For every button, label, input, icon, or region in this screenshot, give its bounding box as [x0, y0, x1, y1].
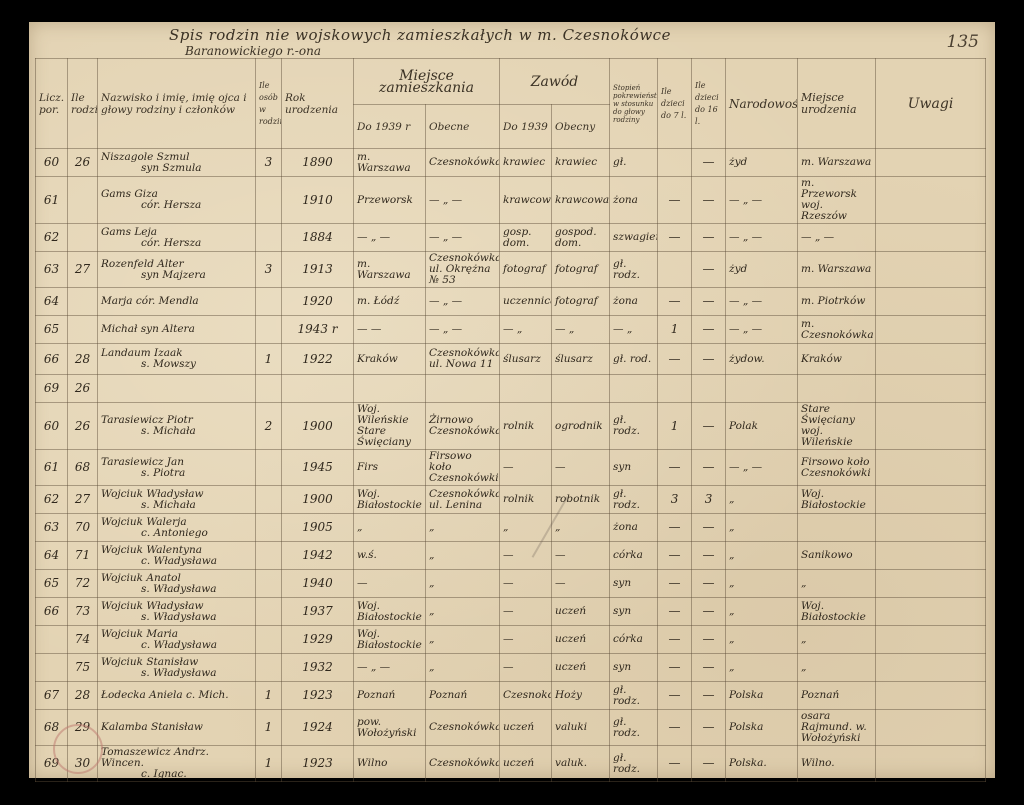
cell-name: Łodecka Aniela c. Mich. [98, 682, 256, 710]
person-parent: s. Władysława [101, 668, 252, 679]
table-row: 6572Wojciuk Anatols. Władysława1940—„——s… [36, 570, 986, 598]
cell-birth: Wilno. [798, 746, 876, 782]
cell-res-now: Czesnokówka ul. Lenina [426, 486, 500, 514]
cell-name: Rozenfeld Altersyn Majzera [98, 252, 256, 288]
cell-nat: — „ — [726, 177, 798, 224]
cell-res-now: Poznań [426, 682, 500, 710]
cell-c7: — [658, 626, 692, 654]
cell-year: 1913 [282, 252, 354, 288]
cell-nat: „ [726, 514, 798, 542]
cell-remarks [876, 149, 986, 177]
cell-lp: 64 [36, 542, 68, 570]
cell-remarks [876, 177, 986, 224]
cell-nat: „ [726, 486, 798, 514]
cell-occ-before: — [500, 570, 552, 598]
cell-nat: — „ — [726, 224, 798, 252]
cell-year [282, 375, 354, 403]
cell-nat: — „ — [726, 288, 798, 316]
person-name: Łodecka Aniela c. Mich. [101, 690, 252, 701]
cell-nat: Polska [726, 710, 798, 746]
person-name: Rozenfeld Alter [101, 259, 252, 270]
cell-year: 1920 [282, 288, 354, 316]
cell-res-before: Woj. Wileńskie Stare Święciany [354, 403, 426, 450]
cell-remarks [876, 570, 986, 598]
person-name: Wojciuk Walerja [101, 517, 252, 528]
cell-persons [256, 514, 282, 542]
cell-name: Marja cór. Mendla [98, 288, 256, 316]
col-relation: Stopień pokrewieństwa w stosunku do głow… [610, 59, 658, 149]
cell-birth [798, 514, 876, 542]
cell-nat: żyd [726, 149, 798, 177]
cell-occ-before: rolnik [500, 486, 552, 514]
cell-lp: 61 [36, 177, 68, 224]
cell-res-before: Woj. Białostockie [354, 486, 426, 514]
cell-birth: „ [798, 570, 876, 598]
cell-name: Niszagole Szmulsyn Szmula [98, 149, 256, 177]
cell-res-now [426, 375, 500, 403]
cell-name: Kalamba Stanisław [98, 710, 256, 746]
cell-name: Gams Lejacór. Hersza [98, 224, 256, 252]
table-row: 6673Wojciuk Władysławs. Władysława1937Wo… [36, 598, 986, 626]
cell-rel: syn [610, 450, 658, 486]
cell-fam: 74 [68, 626, 98, 654]
cell-c16 [692, 375, 726, 403]
person-parent: s. Władysława [101, 612, 252, 623]
cell-nat: — „ — [726, 316, 798, 344]
cell-c7: — [658, 746, 692, 782]
person-name: Marja cór. Mendla [101, 296, 252, 307]
cell-occ-now: fotograf [552, 252, 610, 288]
cell-res-now: — „ — [426, 316, 500, 344]
cell-res-before: — „ — [354, 654, 426, 682]
cell-rel: szwagierka [610, 224, 658, 252]
cell-c16: — [692, 403, 726, 450]
table-row: 6168Tarasiewicz Jans. Piotra1945FirsFirs… [36, 450, 986, 486]
person-parent: syn Szmula [101, 163, 252, 174]
cell-persons: 2 [256, 403, 282, 450]
cell-birth: osara Rajmund. w. Wołożyński [798, 710, 876, 746]
cell-c7: 1 [658, 316, 692, 344]
col-occupation-current: Obecny [552, 105, 610, 149]
cell-persons [256, 316, 282, 344]
cell-fam [68, 316, 98, 344]
cell-rel: syn [610, 654, 658, 682]
cell-lp [36, 654, 68, 682]
person-name: Michał syn Altera [101, 324, 252, 335]
cell-name: Tarasiewicz Jans. Piotra [98, 450, 256, 486]
cell-c7: — [658, 514, 692, 542]
cell-remarks [876, 403, 986, 450]
cell-res-now: — „ — [426, 177, 500, 224]
cell-occ-before: uczeń [500, 746, 552, 782]
document-title: Spis rodzin nie wojskowych zamieszkałych… [169, 26, 671, 44]
col-residence: Miejsce zamieszkania [354, 59, 500, 105]
cell-res-before: Woj. Białostockie [354, 626, 426, 654]
cell-persons [256, 177, 282, 224]
cell-occ-now: — [552, 450, 610, 486]
cell-res-before: „ [354, 514, 426, 542]
cell-rel: gł. [610, 149, 658, 177]
cell-res-before: w.ś. [354, 542, 426, 570]
cell-c7: 1 [658, 403, 692, 450]
cell-nat: Polska. [726, 746, 798, 782]
cell-year: 1945 [282, 450, 354, 486]
person-name: Wojciuk Władysław [101, 489, 252, 500]
col-persons: Ile osób w rodzinie [256, 59, 282, 149]
cell-persons [256, 486, 282, 514]
cell-birth: Stare Święciany woj. Wileńskie [798, 403, 876, 450]
cell-remarks [876, 252, 986, 288]
cell-year: 1940 [282, 570, 354, 598]
person-parent: cór. Hersza [101, 238, 252, 249]
cell-occ-now: — [552, 570, 610, 598]
cell-res-before [354, 375, 426, 403]
cell-lp: 63 [36, 252, 68, 288]
cell-res-before: Woj. Białostockie [354, 598, 426, 626]
cell-remarks [876, 598, 986, 626]
cell-name: Wojciuk Walerjac. Antoniego [98, 514, 256, 542]
cell-occ-before: uczennica [500, 288, 552, 316]
cell-persons [256, 598, 282, 626]
cell-year: 1890 [282, 149, 354, 177]
cell-occ-now: — „ [552, 316, 610, 344]
cell-birth: m. Warszawa [798, 149, 876, 177]
cell-occ-before: — [500, 598, 552, 626]
cell-birth: m. Warszawa [798, 252, 876, 288]
cell-rel: syn [610, 598, 658, 626]
cell-remarks [876, 375, 986, 403]
cell-year: 1900 [282, 486, 354, 514]
cell-c16: — [692, 570, 726, 598]
person-parent: s. Michała [101, 500, 252, 511]
cell-c16: — [692, 682, 726, 710]
page-number: 135 [947, 32, 979, 52]
cell-res-now: „ [426, 654, 500, 682]
table-row: 75Wojciuk Stanisławs. Władysława1932— „ … [36, 654, 986, 682]
cell-persons [256, 570, 282, 598]
cell-name: Michał syn Altera [98, 316, 256, 344]
cell-occ-now: gospod. dom. [552, 224, 610, 252]
cell-name: Gams Gizacór. Hersza [98, 177, 256, 224]
col-children-16: Ile dzieci do 16 l. [692, 59, 726, 149]
cell-occ-now: uczeń [552, 654, 610, 682]
cell-rel: żona [610, 288, 658, 316]
cell-c7: — [658, 288, 692, 316]
table-row: 62Gams Lejacór. Hersza1884— „ —— „ —gosp… [36, 224, 986, 252]
person-name: Niszagole Szmul [101, 152, 252, 163]
cell-c16: — [692, 252, 726, 288]
cell-c16: — [692, 654, 726, 682]
cell-birth: Woj. Białostockie [798, 486, 876, 514]
cell-c7: — [658, 570, 692, 598]
cell-year: 1943 r [282, 316, 354, 344]
cell-rel: syn [610, 570, 658, 598]
cell-occ-now: krawiec [552, 149, 610, 177]
cell-nat: „ [726, 626, 798, 654]
cell-persons: 1 [256, 710, 282, 746]
cell-rel: córka [610, 626, 658, 654]
cell-c7: — [658, 598, 692, 626]
table-row: 6370Wojciuk Walerjac. Antoniego1905„„„„ż… [36, 514, 986, 542]
cell-res-before: — „ — [354, 224, 426, 252]
cell-persons [256, 626, 282, 654]
cell-remarks [876, 626, 986, 654]
person-name: Kalamba Stanisław [101, 722, 252, 733]
cell-remarks [876, 710, 986, 746]
cell-c16: — [692, 598, 726, 626]
col-lp: Licz. por. [36, 59, 68, 149]
table-row: 6327Rozenfeld Altersyn Majzera31913m. Wa… [36, 252, 986, 288]
cell-fam: 26 [68, 403, 98, 450]
cell-res-now: Czesnokówka [426, 149, 500, 177]
cell-rel: gł. rodz. [610, 682, 658, 710]
cell-fam: 27 [68, 486, 98, 514]
table-row: 64Marja cór. Mendla1920m. Łódź— „ —uczen… [36, 288, 986, 316]
cell-occ-before: — [500, 654, 552, 682]
cell-persons [256, 542, 282, 570]
cell-occ-now [552, 375, 610, 403]
cell-occ-before [500, 375, 552, 403]
cell-occ-before: ślusarz [500, 344, 552, 375]
cell-occ-now: valuki [552, 710, 610, 746]
cell-occ-now: fotograf [552, 288, 610, 316]
cell-occ-before: krawiec [500, 149, 552, 177]
table-row: 6026Tarasiewicz Piotrs. Michała21900Woj.… [36, 403, 986, 450]
person-parent: c. Ignac. [101, 769, 252, 780]
cell-year: 1923 [282, 746, 354, 782]
cell-fam: 26 [68, 375, 98, 403]
cell-c16: 3 [692, 486, 726, 514]
cell-name: Wojciuk Władysławs. Michała [98, 486, 256, 514]
census-table: Licz. por. Ile rodzin Nazwisko i imię, i… [35, 58, 986, 782]
cell-birth [798, 375, 876, 403]
cell-c16: — [692, 177, 726, 224]
cell-rel: — „ [610, 316, 658, 344]
cell-lp: 67 [36, 682, 68, 710]
cell-occ-before: — [500, 450, 552, 486]
cell-fam: 68 [68, 450, 98, 486]
person-parent: s. Władysława [101, 584, 252, 595]
cell-persons [256, 450, 282, 486]
cell-lp: 63 [36, 514, 68, 542]
cell-fam: 70 [68, 514, 98, 542]
cell-occ-now: uczeń [552, 598, 610, 626]
cell-occ-before: — [500, 626, 552, 654]
cell-birth: Sanikowo [798, 542, 876, 570]
cell-birth: Woj. Białostockie [798, 598, 876, 626]
cell-res-now: Czesnokówka [426, 710, 500, 746]
cell-lp: 66 [36, 598, 68, 626]
cell-remarks [876, 224, 986, 252]
cell-res-before: m. Warszawa [354, 252, 426, 288]
cell-year: 1910 [282, 177, 354, 224]
cell-c7 [658, 375, 692, 403]
cell-c16: — [692, 514, 726, 542]
cell-name [98, 375, 256, 403]
cell-lp: 69 [36, 375, 68, 403]
table-row: 6728Łodecka Aniela c. Mich.11923PoznańPo… [36, 682, 986, 710]
cell-name: Tomaszewicz Andrz. Wincen.c. Ignac. [98, 746, 256, 782]
cell-year: 1905 [282, 514, 354, 542]
cell-birth: Kraków [798, 344, 876, 375]
table-row: 6926 [36, 375, 986, 403]
col-residence-before: Do 1939 r [354, 105, 426, 149]
cell-lp: 65 [36, 570, 68, 598]
cell-occ-before: rolnik [500, 403, 552, 450]
cell-occ-now: uczeń [552, 626, 610, 654]
table-row: 6930Tomaszewicz Andrz. Wincen.c. Ignac.1… [36, 746, 986, 782]
cell-res-now: „ [426, 570, 500, 598]
cell-nat: „ [726, 570, 798, 598]
cell-fam: 28 [68, 682, 98, 710]
cell-persons [256, 375, 282, 403]
person-name: Tomaszewicz Andrz. Wincen. [101, 747, 252, 769]
cell-remarks [876, 746, 986, 782]
cell-remarks [876, 450, 986, 486]
cell-res-now: Żirnowo Czesnokówka [426, 403, 500, 450]
cell-occ-now: valuk. [552, 746, 610, 782]
cell-nat: „ [726, 654, 798, 682]
person-parent: c. Władysława [101, 556, 252, 567]
cell-rel: gł. rodz. [610, 252, 658, 288]
cell-res-before: Przeworsk [354, 177, 426, 224]
col-remarks: Uwagi [876, 59, 986, 149]
cell-year: 1929 [282, 626, 354, 654]
table-row: 6829Kalamba Stanisław11924pow. Wołożyńsk… [36, 710, 986, 746]
person-name: Tarasiewicz Jan [101, 457, 252, 468]
cell-birth: „ [798, 654, 876, 682]
cell-fam: 73 [68, 598, 98, 626]
cell-res-now: „ [426, 626, 500, 654]
cell-birth: m. Piotrków [798, 288, 876, 316]
cell-res-now: „ [426, 542, 500, 570]
cell-res-now: — „ — [426, 224, 500, 252]
cell-res-before: m. Łódź [354, 288, 426, 316]
cell-year: 1923 [282, 682, 354, 710]
cell-occ-now: „ [552, 514, 610, 542]
cell-name: Wojciuk Walentynac. Władysława [98, 542, 256, 570]
cell-occ-before: gosp. dom. [500, 224, 552, 252]
cell-occ-before: fotograf [500, 252, 552, 288]
cell-persons: 3 [256, 149, 282, 177]
cell-rel: gł. rodz. [610, 486, 658, 514]
cell-fam: 71 [68, 542, 98, 570]
cell-c7: — [658, 710, 692, 746]
cell-res-before: Poznań [354, 682, 426, 710]
cell-birth: — „ — [798, 224, 876, 252]
cell-persons [256, 288, 282, 316]
cell-res-before: Kraków [354, 344, 426, 375]
cell-c7: — [658, 224, 692, 252]
cell-res-now: — „ — [426, 288, 500, 316]
cell-lp: 62 [36, 224, 68, 252]
person-name: Wojciuk Stanisław [101, 657, 252, 668]
cell-rel: córka [610, 542, 658, 570]
cell-remarks [876, 344, 986, 375]
cell-res-before: — [354, 570, 426, 598]
cell-c16: — [692, 344, 726, 375]
cell-nat: żydow. [726, 344, 798, 375]
cell-fam: 26 [68, 149, 98, 177]
cell-fam [68, 177, 98, 224]
cell-res-before: Wilno [354, 746, 426, 782]
cell-name: Wojciuk Władysławs. Władysława [98, 598, 256, 626]
cell-lp [36, 626, 68, 654]
cell-c7: — [658, 682, 692, 710]
cell-c16: — [692, 316, 726, 344]
person-name: Wojciuk Władysław [101, 601, 252, 612]
cell-c16: — [692, 710, 726, 746]
cell-fam: 28 [68, 344, 98, 375]
cell-occ-before: — [500, 542, 552, 570]
person-name: Wojciuk Walentyna [101, 545, 252, 556]
cell-rel: gł. rodz. [610, 403, 658, 450]
document-subtitle: Baranowickiego r.-ona [185, 44, 321, 58]
cell-res-now: „ [426, 514, 500, 542]
table-row: 6471Wojciuk Walentynac. Władysława1942w.… [36, 542, 986, 570]
col-birth-year: Rok urodzenia [282, 59, 354, 149]
person-parent: s. Michała [101, 426, 252, 437]
cell-c16: — [692, 542, 726, 570]
col-birthplace: Miejsce urodzenia [798, 59, 876, 149]
cell-year: 1932 [282, 654, 354, 682]
cell-c7: — [658, 344, 692, 375]
cell-c16: — [692, 288, 726, 316]
cell-res-now: „ [426, 598, 500, 626]
cell-c7: 3 [658, 486, 692, 514]
cell-res-now: Czesnokówka [426, 746, 500, 782]
cell-nat [726, 375, 798, 403]
col-name: Nazwisko i imię, imię ojca i głowy rodzi… [98, 59, 256, 149]
cell-lp: 62 [36, 486, 68, 514]
table-row: 6227Wojciuk Władysławs. Michała1900Woj. … [36, 486, 986, 514]
cell-occ-now: ogrodnik [552, 403, 610, 450]
cell-fam: 72 [68, 570, 98, 598]
cell-fam: 27 [68, 252, 98, 288]
cell-rel [610, 375, 658, 403]
cell-c16: — [692, 746, 726, 782]
person-parent: s. Mowszy [101, 359, 252, 370]
archive-stamp [53, 724, 103, 774]
cell-birth: m. Czesnokówka [798, 316, 876, 344]
cell-res-before: pow. Wołożyński [354, 710, 426, 746]
cell-name: Tarasiewicz Piotrs. Michała [98, 403, 256, 450]
cell-c16: — [692, 224, 726, 252]
col-nationality: Narodowość [726, 59, 798, 149]
person-name: Wojciuk Anatol [101, 573, 252, 584]
cell-remarks [876, 288, 986, 316]
person-parent: c. Antoniego [101, 528, 252, 539]
cell-remarks [876, 316, 986, 344]
cell-rel: gł. rodz. [610, 710, 658, 746]
cell-lp: 60 [36, 149, 68, 177]
cell-year: 1922 [282, 344, 354, 375]
cell-lp: 64 [36, 288, 68, 316]
col-occupation-before: Do 1939 [500, 105, 552, 149]
cell-name: Landaum Izaaks. Mowszy [98, 344, 256, 375]
cell-lp: 60 [36, 403, 68, 450]
cell-birth: Poznań [798, 682, 876, 710]
cell-res-before: Firs [354, 450, 426, 486]
col-family-no: Ile rodzin [68, 59, 98, 149]
person-parent: c. Władysława [101, 640, 252, 651]
table-row: 6628Landaum Izaaks. Mowszy11922KrakówCze… [36, 344, 986, 375]
cell-occ-before: uczeń [500, 710, 552, 746]
cell-occ-now: — [552, 542, 610, 570]
cell-c7: — [658, 177, 692, 224]
person-parent: cór. Hersza [101, 200, 252, 211]
cell-occ-now: Hoży [552, 682, 610, 710]
